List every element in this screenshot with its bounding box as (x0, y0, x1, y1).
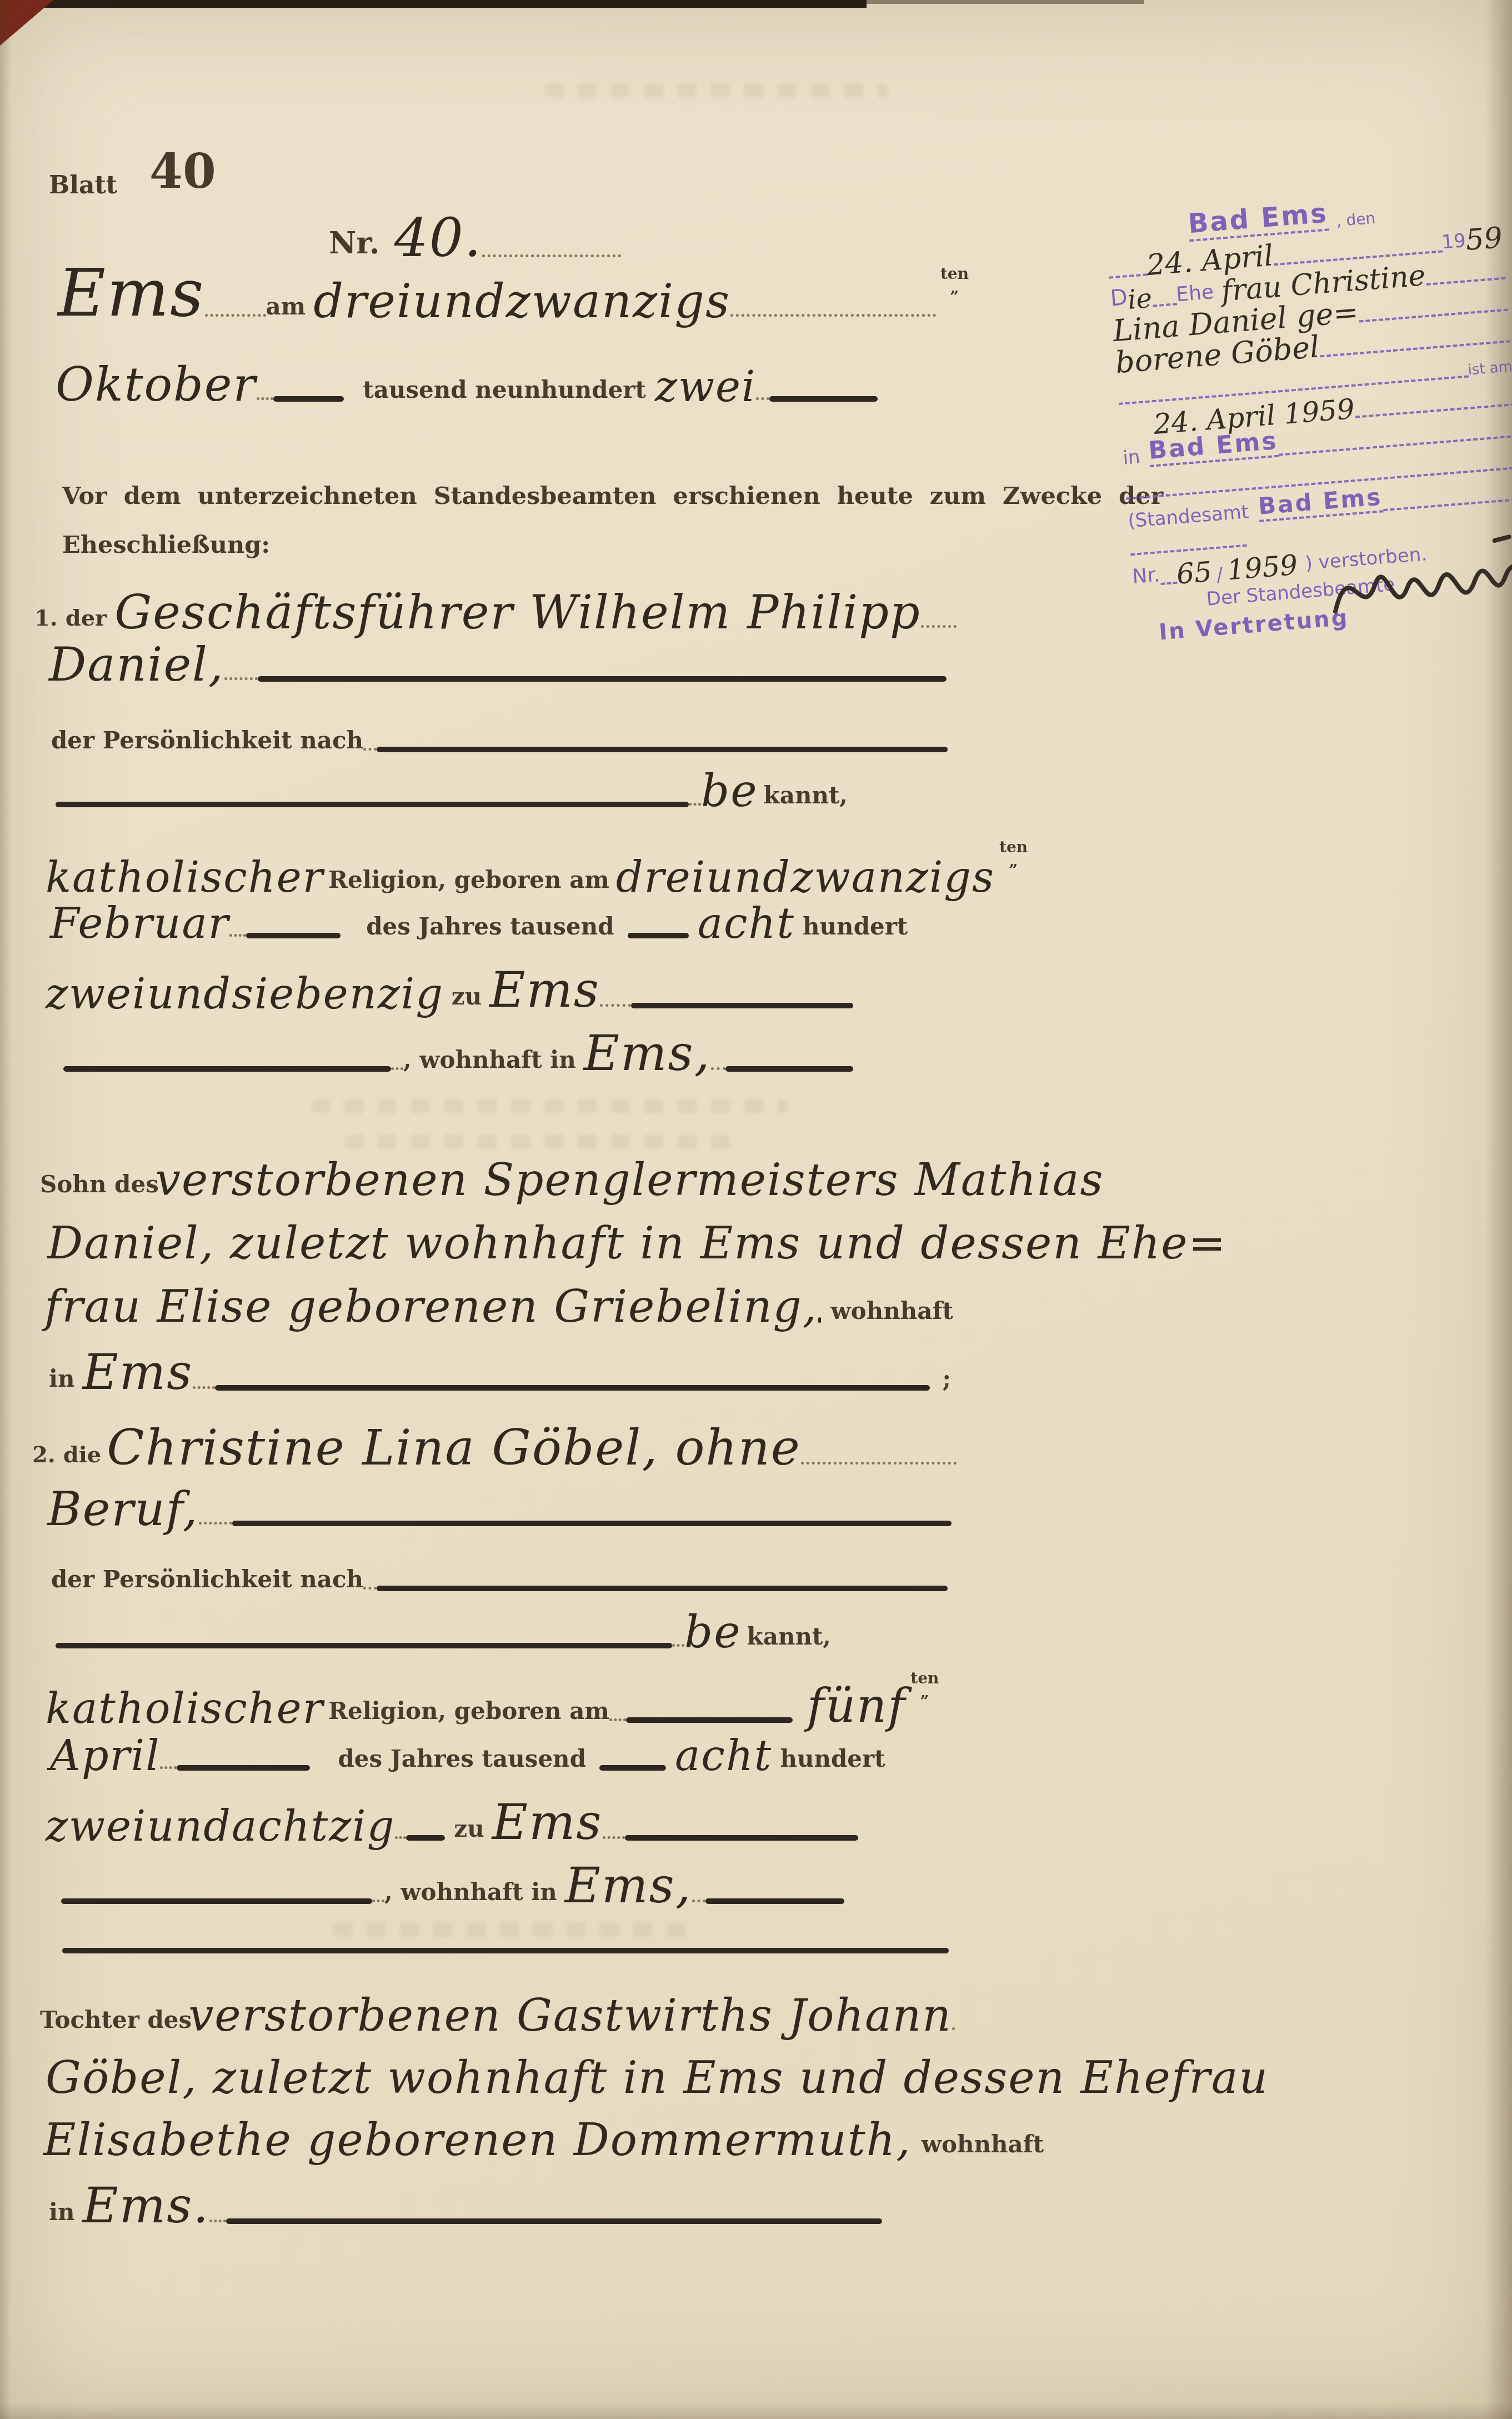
be-handwritten: be (684, 1609, 742, 1656)
groom-surname-handwritten: Daniel, (49, 640, 224, 689)
bride-parents-line-2: Göbel, zuletzt wohnhaft in Ems und desse… (46, 2055, 954, 2099)
scan-top-edge (0, 0, 867, 8)
dotted-rule (801, 1462, 957, 1465)
groom-birthplace-handwritten: Ems (489, 964, 600, 1016)
groom-name-handwritten: Geschäftsführer Wilhelm Philipp (114, 588, 921, 637)
bride-day-suffix: ten „ (910, 1671, 939, 1699)
nr-label: Nr. (329, 225, 380, 261)
in-label: in (49, 1365, 75, 1392)
bride-identity-line: der Persönlichkeit nach (51, 1566, 948, 1596)
hundert-label: hundert (803, 913, 908, 940)
bride-birthplace-handwritten: Ems (492, 1797, 603, 1848)
ink-rule (232, 1521, 952, 1526)
wohnhaft-label: wohnhaft (831, 1297, 953, 1325)
ink-rule (62, 1948, 949, 1953)
wohnhaft-in-label: , wohnhaft in (403, 1046, 576, 1073)
ink-rule (625, 1835, 858, 1841)
bride-religion-handwritten: katholischer (46, 1686, 324, 1731)
ink-rule (246, 933, 341, 938)
dotted-rule (205, 314, 266, 317)
persoenlichkeit-label: der Persönlichkeit nach (51, 1566, 363, 1593)
bleedthrough-smudge (333, 1922, 689, 1937)
jahres-label: des Jahres tausend (338, 1745, 586, 1772)
dotted-rule (395, 1836, 406, 1839)
jahres-label: des Jahres tausend (366, 913, 614, 940)
nr-value: 40. (394, 210, 483, 266)
dotted-rule (952, 2027, 957, 2030)
ink-rule (631, 1003, 853, 1008)
groom-parents-residence-handwritten: Ems (83, 1347, 193, 1398)
groom-birthday-handwritten: dreiundzwanzigs (616, 855, 995, 899)
groom-yeartens-handwritten: zweiundsiebenzig (46, 972, 444, 1016)
ink-rule (377, 747, 948, 752)
hundert-label: hundert (780, 1745, 885, 1772)
blank-ruled-line (62, 1948, 949, 1958)
ink-rule (177, 1765, 310, 1771)
groom-parents-handwritten-1: verstorbenen Spenglermeisters Mathias (156, 1157, 1104, 1203)
groom-name-line-2: Daniel, (49, 640, 947, 687)
groom-parents-handwritten-3: frau Elise geborenen Griebeling, (44, 1283, 818, 1330)
stamp-city: Bad Ems (1187, 197, 1329, 242)
be-handwritten: be (701, 768, 758, 814)
dotted-rule (363, 1587, 377, 1590)
groom-parents-residence-line: in Ems ; (49, 1347, 951, 1396)
dotted-rule (372, 1900, 384, 1902)
semicolon: ; (942, 1365, 951, 1392)
stamp-ist-am: ist am (1467, 358, 1512, 378)
stamp-year-handwritten: 59 (1464, 221, 1504, 257)
bride-name-line-2: Beruf, (47, 1485, 952, 1531)
dotted-rule (692, 1900, 705, 1902)
bride-parents-handwritten-1: verstorbenen Gastwirths Johann (188, 1992, 952, 2039)
bride-birthyear-line-2: zweiundachtzig zu Ems (46, 1797, 912, 1846)
stamp-nr-label: Nr. (1132, 563, 1161, 588)
ink-rule (628, 933, 689, 938)
bleedthrough-smudge (344, 1134, 733, 1149)
wohnhaft-in-label: , wohnhaft in (384, 1878, 557, 1906)
dotted-rule (257, 397, 274, 400)
place-handwritten: Ems (58, 260, 205, 326)
ink-rule (406, 1835, 445, 1841)
zu-label: zu (452, 983, 482, 1010)
groom-birthyear-line-1: Februar des Jahres tausend acht hundert (50, 901, 917, 943)
dotted-rule (603, 1836, 625, 1839)
blatt-number: 40 (149, 143, 216, 199)
stamp-den-label: , den (1335, 209, 1376, 230)
dotted-rule (482, 254, 621, 257)
stamp-in-label: in (1122, 446, 1141, 469)
sheet-number: Blatt 40 (49, 143, 216, 203)
stamp-dashed-rule (1153, 303, 1177, 307)
day-handwritten: dreiundzwanzigs (313, 277, 730, 326)
intro-line-2: Eheschließung: (62, 531, 270, 559)
ink-rule (377, 1586, 948, 1591)
blatt-label: Blatt (49, 171, 117, 199)
groom-birthyear-line-2: zweiundsiebenzig zu Ems (46, 964, 912, 1013)
groom-parents-handwritten-2: Daniel, zuletzt wohnhaft in Ems und dess… (47, 1220, 1227, 1267)
dotted-rule (224, 677, 258, 680)
groom-residence-line: , wohnhaft in Ems, (63, 1028, 930, 1077)
dotted-rule (600, 1004, 631, 1007)
religion-label: Religion, geboren am (328, 1697, 609, 1725)
groom-index: 1. der (34, 605, 107, 631)
groom-parents-line-3: frau Elise geborenen Griebeling, wohnhaf… (44, 1283, 953, 1328)
bride-residence-handwritten: Ems, (565, 1860, 692, 1911)
year-handwritten: zwei (655, 364, 756, 409)
dotted-rule (160, 1766, 177, 1769)
zu-label: zu (454, 1815, 484, 1842)
place-date-line: Ems am dreiundzwanzigs ten „ (58, 260, 969, 323)
ink-rule (626, 1717, 793, 1723)
day-suffix: ten „ (940, 267, 969, 294)
stamp-ehe: Ehe (1175, 281, 1215, 306)
death-annotation-stamp: Bad Ems , den 24. April 19 59 D ie Ehe f… (1104, 190, 1512, 651)
bride-name-handwritten: Christine Lina Göbel, ohne (107, 1422, 801, 1473)
dotted-rule (229, 934, 246, 937)
bride-religion-line: katholischer Religion, geboren am fünf t… (46, 1671, 949, 1728)
intro-line-1: Vor dem unterzeichneten Standesbeamten e… (62, 482, 1163, 510)
month-year-line: Oktober tausend neunhundert zwei (56, 360, 878, 407)
scan-left-shade (0, 0, 11, 2419)
groom-bekannt-line: be kannt, (56, 768, 947, 812)
tochter-des-label: Tochter des (40, 2006, 192, 2033)
persoenlichkeit-label: der Persönlichkeit nach (51, 727, 363, 754)
groom-religion-line: katholischer Religion, geboren am dreiun… (46, 840, 949, 897)
stamp-d: D (1109, 284, 1128, 311)
dotted-rule (199, 1522, 232, 1525)
in-label: in (49, 2198, 75, 2226)
groom-day-suffix: ten „ (999, 840, 1028, 868)
stamp-year-prefix: 19 (1441, 229, 1466, 253)
sohn-des-label: Sohn des (40, 1171, 159, 1198)
ink-rule (56, 802, 689, 807)
dotted-rule (391, 1067, 403, 1070)
bride-birthyear-line-1: April des Jahres tausend acht hundert (50, 1733, 917, 1776)
record-number: Nr. 40. (329, 210, 621, 264)
ink-rule (56, 1643, 672, 1648)
ink-rule (769, 396, 878, 402)
bride-birthmonth-handwritten: April (50, 1733, 160, 1778)
bride-parents-line-1: Tochter des verstorbenen Gastwirths Joha… (40, 1992, 957, 2037)
dotted-rule (672, 1644, 684, 1647)
bride-parents-line-3: Elisabethe geborenen Dommermuth, wohnhaf… (43, 2117, 954, 2161)
dotted-rule (756, 397, 769, 400)
groom-identity-line: der Persönlichkeit nach (51, 727, 948, 757)
bride-parents-residence-handwritten: Ems. (83, 2180, 210, 2231)
bride-index: 2. die (32, 1442, 101, 1468)
groom-parents-line-1: Sohn des verstorbenen Spenglermeisters M… (40, 1157, 954, 1201)
ink-rule (61, 1898, 372, 1904)
stamp-dashed-rule (1426, 277, 1505, 286)
bride-birthday-handwritten: fünf (807, 1681, 906, 1730)
stamp-dashed-rule (1160, 582, 1177, 585)
dotted-rule (209, 2220, 226, 2222)
bride-bekannt-line: be kannt, (56, 1609, 947, 1653)
year-printed: tausend neunhundert (363, 376, 646, 403)
scan-bottom-shade (0, 2402, 1512, 2419)
groom-residence-handwritten: Ems, (584, 1028, 711, 1079)
kannt-label: kannt, (764, 782, 848, 809)
dotted-rule (363, 748, 377, 751)
groom-name-line-1: 1. der Geschäftsführer Wilhelm Philipp (34, 588, 957, 634)
dotted-rule (689, 803, 701, 806)
ink-rule (273, 396, 344, 402)
stamp-nr-slash: / (1216, 563, 1224, 586)
ink-rule (705, 1898, 844, 1904)
month-handwritten: Oktober (56, 360, 257, 409)
dotted-rule (711, 1067, 725, 1070)
groom-religion-handwritten: katholischer (46, 855, 324, 899)
registry-page: Blatt 40 Nr. 40. Ems am dreiundzwanzigs … (0, 0, 1512, 2419)
scan-top-edge-2 (867, 0, 1144, 4)
bride-parents-handwritten-2: Göbel, zuletzt wohnhaft in Ems und desse… (46, 2055, 1269, 2101)
bride-parents-residence-line: in Ems. (49, 2180, 882, 2229)
dotted-rule (193, 1386, 215, 1389)
dotted-rule (609, 1718, 626, 1721)
bride-acht-handwritten: acht (675, 1733, 772, 1778)
groom-acht-handwritten: acht (698, 901, 795, 946)
groom-parents-line-2: Daniel, zuletzt wohnhaft in Ems und dess… (47, 1220, 954, 1265)
stamp-nr-value-handwritten: 65 (1175, 556, 1213, 591)
bleedthrough-smudge (544, 83, 889, 98)
groom-birthmonth-handwritten: Februar (50, 901, 229, 946)
kannt-label: kannt, (747, 1623, 831, 1650)
bleedthrough-smudge (311, 1099, 789, 1113)
bride-occupation-handwritten: Beruf, (47, 1485, 199, 1533)
stamp-nr-year-handwritten: 1959 (1226, 549, 1299, 587)
dotted-rule (730, 314, 936, 317)
stamp-standesamt-label: (Standesamt (1127, 501, 1250, 532)
ink-rule (725, 1066, 853, 1072)
wohnhaft-label: wohnhaft (922, 2131, 1044, 2158)
ink-rule (63, 1066, 391, 1072)
ink-rule (215, 1385, 930, 1391)
ink-rule (599, 1765, 666, 1771)
ink-rule (226, 2218, 882, 2224)
religion-label: Religion, geboren am (328, 866, 609, 893)
stamp-dashed-rule (1109, 273, 1148, 278)
ink-rule (258, 676, 947, 682)
dotted-rule (921, 625, 957, 628)
bride-parents-handwritten-3: Elisabethe geborenen Dommermuth, (43, 2117, 912, 2163)
bride-name-line-1: 2. die Christine Lina Göbel, ohne (32, 1422, 957, 1471)
official-signature (1328, 517, 1512, 644)
am-label: am (266, 293, 306, 320)
bride-residence-line: , wohnhaft in Ems, (61, 1860, 933, 1909)
bride-yeartens-handwritten: zweiundachtzig (46, 1804, 395, 1848)
ink-rule (818, 1317, 820, 1323)
